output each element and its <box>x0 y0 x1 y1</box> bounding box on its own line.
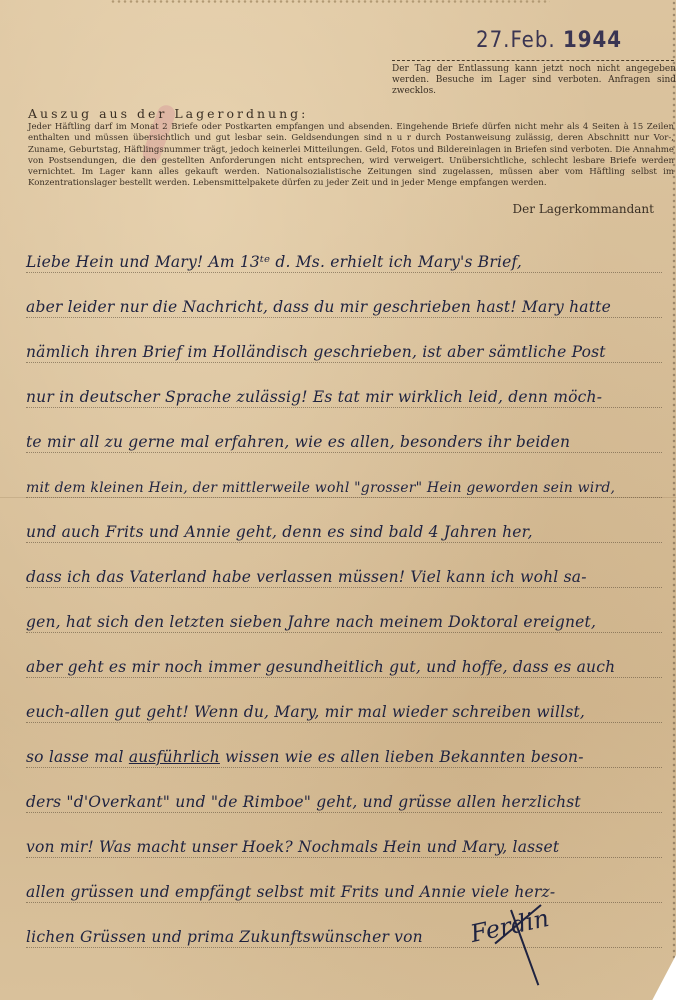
letter-sheet: 27.Feb. 1944 Der Tag der Entlassung kann… <box>0 0 676 1000</box>
letter-line: nur in deutscher Sprache zulässig! Es ta… <box>26 363 662 408</box>
letter-line: nämlich ihren Brief im Holländisch gesch… <box>26 318 662 363</box>
release-notice: Der Tag der Entlassung kann jetzt noch n… <box>392 64 676 97</box>
underlined-word: ausführlich <box>129 748 220 766</box>
letter-line: von mir! Was macht unser Hoek? Nochmals … <box>26 813 662 858</box>
date-stamp-year: 1944 <box>563 28 622 53</box>
top-perforation <box>110 0 550 3</box>
handwritten-letter: Liebe Hein und Mary! Am 13ᵗᵉ d. Ms. erhi… <box>26 228 662 948</box>
letter-line: lichen Grüssen und prima Zukunftswünsche… <box>26 903 662 948</box>
regulations-text: Jeder Häftling darf im Monat 2 Briefe od… <box>28 122 674 190</box>
letter-line: mit dem kleinen Hein, der mittlerweile w… <box>26 453 662 498</box>
letter-line: ders "d'Overkant" und "de Rimboe" geht, … <box>26 768 662 813</box>
letter-line: aber leider nur die Nachricht, dass du m… <box>26 273 662 318</box>
regulations-title: Auszug aus der Lagerordnung: <box>28 106 308 121</box>
letter-line: aber geht es mir noch immer gesundheitli… <box>26 633 662 678</box>
letter-line: te mir all zu gerne mal erfahren, wie es… <box>26 408 662 453</box>
letter-line: euch-allen gut geht! Wenn du, Mary, mir … <box>26 678 662 723</box>
date-stamp: 27.Feb. 1944 <box>476 28 622 53</box>
letter-line: allen grüssen und empfängt selbst mit Fr… <box>26 858 662 903</box>
letter-line: und auch Frits und Annie geht, denn es s… <box>26 498 662 543</box>
letter-line: dass ich das Vaterland habe verlassen mü… <box>26 543 662 588</box>
commandant-signoff: Der Lagerkommandant <box>513 202 654 216</box>
letter-line: gen, hat sich den letzten sieben Jahre n… <box>26 588 662 633</box>
date-stamp-day-month: 27.Feb. <box>476 28 556 53</box>
letter-line: so lasse mal ausführlich wissen wie es a… <box>26 723 662 768</box>
notice-divider <box>392 60 674 61</box>
letter-line: Liebe Hein und Mary! Am 13ᵗᵉ d. Ms. erhi… <box>26 228 662 273</box>
